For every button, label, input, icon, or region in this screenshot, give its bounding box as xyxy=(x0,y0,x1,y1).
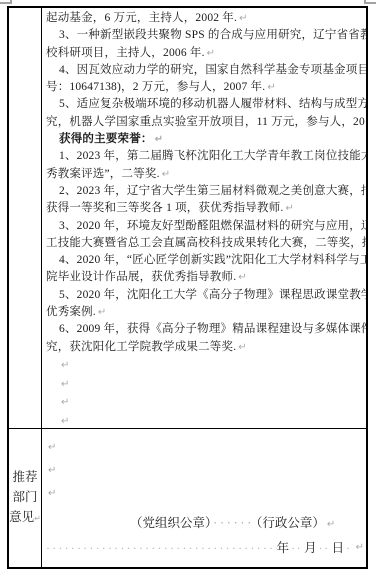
text-line: 究，机器人学国家重点实验室开放项目，11 万元，参与人，2010 年.↵ xyxy=(46,114,363,131)
date-month-label: 月 xyxy=(304,539,317,557)
pilcrow-mark-icon: ↵ xyxy=(46,488,56,499)
date-day-label: 日 xyxy=(332,539,345,557)
text-line: 工技能大赛暨省总工会直属高校科技成果转化大赛，二等奖，排名：3.↵ xyxy=(46,235,363,252)
opinion-label-text: 意见↵ xyxy=(9,507,41,529)
text-line: 3、一种新型嵌段共聚物 SPS 的合成与应用研究，辽宁省省教育厅高 xyxy=(46,27,363,44)
text-line: 院毕业设计作品展，获优秀指导教师.↵ xyxy=(46,269,363,286)
line-text: 3、一种新型嵌段共聚物 SPS 的合成与应用研究，辽宁省省教育厅高 xyxy=(59,29,366,41)
empty-line: ↵ xyxy=(46,481,364,504)
pilcrow-mark-icon: ↵ xyxy=(354,539,364,557)
text-line: 2、2023 年，辽宁省大学生第三届材料微观之美创意大赛，指导学生 xyxy=(46,183,363,200)
label-cell-empty xyxy=(9,8,42,429)
pilcrow-mark-icon: ↵ xyxy=(46,465,56,476)
document-page: 起动基金，6 万元，主持人，2002 年.↵3、一种新型嵌段共聚物 SPS 的合… xyxy=(0,0,376,579)
pilcrow-mark-icon: ↵ xyxy=(46,442,56,453)
recommendation-form-table: 起动基金，6 万元，主持人，2002 年.↵3、一种新型嵌段共聚物 SPS 的合… xyxy=(7,6,368,569)
pilcrow-mark-icon: ↵ xyxy=(236,342,247,353)
empty-line: ↵ xyxy=(46,458,364,481)
line-text: 6、2009 年，获得《高分子物理》精品课程建设与多媒体课件教学研 xyxy=(59,323,366,335)
pilcrow-mark-icon: ↵ xyxy=(59,360,70,371)
line-text: 号：10647138)，2 万元，参与人，2007 年. xyxy=(46,81,265,93)
text-line: 4、2020 年，“匠心匠学创新实践”沈阳化工大学材料科学与工程学 xyxy=(46,252,363,269)
text-line: 校科研项目，主持人，2006 年.↵ xyxy=(46,45,363,62)
pilcrow-mark-icon: ↵ xyxy=(265,82,276,93)
pilcrow-mark-icon: ↵ xyxy=(283,203,294,214)
pilcrow-mark-icon: ↵ xyxy=(59,379,70,390)
line-text: 工技能大赛暨省总工会直属高校科技成果转化大赛，二等奖，排名：3. xyxy=(46,237,366,249)
pilcrow-mark-icon: ↵ xyxy=(160,169,171,180)
space-marks: ·· xyxy=(317,539,332,557)
line-text: 3、2020 年，环境友好型酚醛阻燃保温材料的研究与应用，辽宁省职 xyxy=(59,220,366,232)
text-line: 5、2020 年，沈阳化工大学《高分子物理》课程思政课堂教学改革， xyxy=(46,287,363,304)
line-text: 4、因瓦效应动力学的研究，国家自然科学基金专项基金项目(批准 xyxy=(59,64,366,76)
text-line: 1、2023 年，第二届腾飞杯沈阳化工大学青年教工岗位技能大赛“优 xyxy=(46,148,363,165)
text-line: 获得一等奖和三等奖各 1 项，获优秀指导教师.↵ xyxy=(46,200,363,217)
table-continuation-mark-left xyxy=(0,0,12,4)
pilcrow-mark-icon: ↵ xyxy=(34,514,41,523)
pilcrow-mark-icon: ↵ xyxy=(59,416,70,427)
dot-leader: ········································… xyxy=(46,539,277,557)
text-line: 究，获沈阳化工学院教学成果二等奖.↵ xyxy=(46,339,363,356)
opinion-label-cell: 推荐部门意见↵ xyxy=(9,429,42,567)
line-text: 4、2020 年，“匠心匠学创新实践”沈阳化工大学材料科学与工程学 xyxy=(59,254,366,266)
party-seal-placeholder: （党组织公章） xyxy=(130,516,211,530)
opinion-label-text: 部门 xyxy=(12,487,37,507)
line-text: 秀教案评选”，二等奖. xyxy=(46,168,160,180)
empty-line: ↵ xyxy=(46,412,363,429)
empty-line: ↵ xyxy=(46,393,363,412)
line-text: 究，机器人学国家重点实验室开放项目，11 万元，参与人，2010 年. xyxy=(46,116,366,128)
seal-line: （党组织公章）······（行政公章）↵ xyxy=(46,514,364,532)
admin-seal-placeholder: （行政公章） xyxy=(256,516,325,530)
line-text: 2、2023 年，辽宁省大学生第三届材料微观之美创意大赛，指导学生 xyxy=(59,185,366,197)
date-year-label: 年 xyxy=(277,539,290,557)
line-text: 优秀案例. xyxy=(46,306,96,318)
text-line: 5、适应复杂极端环境的移动机器人履带材料、结构与成型方法的研 xyxy=(46,96,363,113)
line-text: 究，获沈阳化工学院教学成果二等奖. xyxy=(46,341,236,353)
text-line: 获得的主要荣誉：↵ xyxy=(46,131,363,148)
opinion-content-cell[interactable]: ↵↵↵ （党组织公章）······（行政公章）↵ ···············… xyxy=(42,429,366,567)
pilcrow-mark-icon: ↵ xyxy=(59,397,70,408)
space-marks: · xyxy=(344,539,354,557)
text-line: 3、2020 年，环境友好型酚醛阻燃保温材料的研究与应用，辽宁省职 xyxy=(46,218,363,235)
empty-line: ↵ xyxy=(46,435,364,458)
text-line: 秀教案评选”，二等奖.↵ xyxy=(46,166,363,183)
empty-line: ↵ xyxy=(46,356,363,375)
text-line: 4、因瓦效应动力学的研究，国家自然科学基金专项基金项目(批准 xyxy=(46,62,363,79)
opinion-label-text: 推荐 xyxy=(12,467,37,487)
line-text: 5、适应复杂极端环境的移动机器人履带材料、结构与成型方法的研 xyxy=(59,98,366,110)
empty-line: ↵ xyxy=(46,375,363,394)
line-text: 1、2023 年，第二届腾飞杯沈阳化工大学青年教工岗位技能大赛“优 xyxy=(59,150,366,162)
pilcrow-mark-icon: ↵ xyxy=(325,519,335,530)
date-line: ········································… xyxy=(46,539,364,557)
space-marks: ·· xyxy=(289,539,304,557)
line-text: 校科研项目，主持人，2006 年. xyxy=(46,47,205,59)
line-text: 5、2020 年，沈阳化工大学《高分子物理》课程思政课堂教学改革， xyxy=(59,289,366,301)
achievements-text-cell[interactable]: 起动基金，6 万元，主持人，2002 年.↵3、一种新型嵌段共聚物 SPS 的合… xyxy=(42,8,366,429)
pilcrow-mark-icon: ↵ xyxy=(237,13,248,24)
table-continuation-mark-right xyxy=(364,0,376,4)
line-text: 获得的主要荣誉： xyxy=(59,133,153,145)
line-text: 起动基金，6 万元，主持人，2002 年. xyxy=(46,12,237,24)
text-line: 起动基金，6 万元，主持人，2002 年.↵ xyxy=(46,10,363,27)
text-line: 号：10647138)，2 万元，参与人，2007 年.↵ xyxy=(46,79,363,96)
line-text: 获得一等奖和三等奖各 1 项，获优秀指导教师. xyxy=(46,202,283,214)
pilcrow-mark-icon: ↵ xyxy=(153,134,164,145)
pilcrow-mark-icon: ↵ xyxy=(96,307,107,318)
line-text: 院毕业设计作品展，获优秀指导教师. xyxy=(46,271,236,283)
text-line: 优秀案例.↵ xyxy=(46,304,363,321)
opinion-empty-lines: ↵↵↵ xyxy=(46,435,364,504)
pilcrow-mark-icon: ↵ xyxy=(205,48,216,59)
pilcrow-mark-icon: ↵ xyxy=(236,272,247,283)
text-line: 6、2009 年，获得《高分子物理》精品课程建设与多媒体课件教学研 xyxy=(46,321,363,338)
space-marks: ······ xyxy=(211,516,256,530)
